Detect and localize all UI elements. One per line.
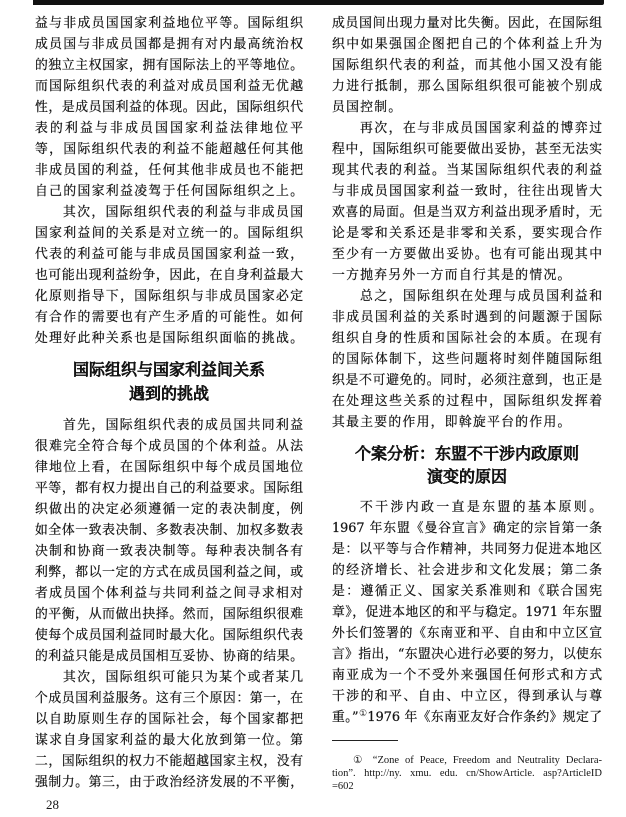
- text-line: 是：遵循正义、国家关系准则和《联合国宪: [332, 581, 602, 602]
- text-line: 重。”①1976 年《东南亚友好合作条约》规定了: [332, 707, 602, 728]
- footnote-text: “Zone of Peace, Freedom and Neutrality D…: [373, 755, 602, 766]
- text-line: 织做出的决定必须遵循一定的表决制度，例: [35, 499, 303, 520]
- text-line: 章》，促进本地区的和平与稳定。1971 年东盟: [332, 602, 602, 623]
- text-line: 言》指出，“东盟决心进行必要的努力，以使东: [332, 644, 602, 665]
- text-line: 律地位上看，在国际组织中每个成员国地位: [35, 457, 303, 478]
- text-line: 平等，都有权力提出自己的利益要求。国际组: [35, 478, 303, 499]
- section-heading: 国际组织与国家利益间关系 遇到的挑战: [35, 358, 303, 406]
- text-segment: 1976 年《东南亚友好合作条约》规定了: [367, 710, 602, 725]
- text-line: 如全体一致表决制、多数表决制、加权多数表: [35, 520, 303, 541]
- text-line: 谋求自身国家利益的最大化放到第一位。第: [35, 730, 303, 751]
- text-line: 的国际体制下，这些问题将时刻伴随国际组: [332, 349, 602, 370]
- text-line: 员国控制。: [332, 97, 602, 118]
- paragraph: 总之，国际组织在处理与成员国利益和 非成员国利益的关系时遇到的问题源于国际 组织…: [332, 286, 602, 433]
- text-line: 织中如果强国企图把自己的个体利益上升为: [332, 34, 602, 55]
- text-line: 国家利益间的关系是对立统一的。国际组织: [35, 223, 303, 244]
- text-line: 强制力。第三，由于政治经济发展的不平衡，: [35, 772, 303, 793]
- section-heading-line: 演变的原因: [332, 465, 602, 488]
- section-heading-line: 个案分析：东盟不干涉内政原则: [332, 442, 602, 465]
- text-line: 成员国间出现力量对比失衡。因此，在国际组: [332, 13, 602, 34]
- text-line: 外长们签署的《东南亚和平、自由和中立区宣: [332, 623, 602, 644]
- text-line: 成员国与非成员国都是拥有对内最高统治权: [35, 34, 303, 55]
- text-line: 组织自身的性质和国际社会的本质。在现有: [332, 328, 602, 349]
- left-text-before-heading: 益与非成员国国家利益地位平等。国际组织 成员国与非成员国都是拥有对内最高统治权 …: [35, 13, 303, 349]
- text-line: 代表的利益可能与非成员国国家利益一致，: [35, 244, 303, 265]
- paragraph: 不干涉内政一直是东盟的基本原则。 1967 年东盟《曼谷宣言》确定的宗旨第一条 …: [332, 497, 602, 728]
- header-rule: [33, 0, 604, 5]
- text-line: 首先，国际组织代表的成员国共同利益: [35, 415, 303, 436]
- text-line: 南亚成为一个不受外来强国任何形式和方式: [332, 665, 602, 686]
- text-line: 处理好此种关系也是国际组织面临的挑战。: [35, 328, 303, 349]
- text-line: 的经济增长、社会进步和文化发展；第二条: [332, 560, 602, 581]
- text-line: 决制和协商一致表决制等。每种表决制各有: [35, 541, 303, 562]
- text-line: 其次，国际组织可能只为某个或者某几: [35, 667, 303, 688]
- text-line: 国际组织代表的利益，而其他小国又没有能: [332, 55, 602, 76]
- left-text-after-heading: 首先，国际组织代表的成员国共同利益 很难完全符合每个成员国的个体利益。从法 律地…: [35, 415, 303, 793]
- right-text-before-heading: 成员国间出现力量对比失衡。因此，在国际组 织中如果强国企图把自己的个体利益上升为…: [332, 13, 602, 433]
- text-line: 1967 年东盟《曼谷宣言》确定的宗旨第一条: [332, 518, 602, 539]
- text-line: 非成员国的利益，任何其他非成员也不能把: [35, 160, 303, 181]
- section-heading: 个案分析：东盟不干涉内政原则 演变的原因: [332, 442, 602, 488]
- text-line: 表的利益与非成员国国家利益法律地位平: [35, 118, 303, 139]
- page-number: 28: [46, 797, 59, 813]
- text-line: 至少有一方要做出妥协。也有可能出现其中: [332, 244, 602, 265]
- footnote-rule: [332, 740, 398, 741]
- text-line: 是：以平等与合作精神，共同努力促进本地区: [332, 539, 602, 560]
- text-line: 性，是成员国利益的体现。因此，国际组织代: [35, 97, 303, 118]
- text-line: 的独立主权国家，拥有国际法上的平等地位。: [35, 55, 303, 76]
- text-line: 的平衡，从而做出抉择。然而，国际组织很难: [35, 604, 303, 625]
- text-line: 很难完全符合每个成员国的个体利益。从法: [35, 436, 303, 457]
- text-line: 一方抛弃另外一方而自行其是的情况。: [332, 265, 602, 286]
- footnote-marker: ①: [353, 755, 366, 766]
- text-line: 化原则指导下，国际组织与非成员国家必定: [35, 286, 303, 307]
- right-text-after-heading: 不干涉内政一直是东盟的基本原则。 1967 年东盟《曼谷宣言》确定的宗旨第一条 …: [332, 497, 602, 728]
- text-line: 其次，国际组织代表的利益与非成员国: [35, 202, 303, 223]
- text-line: 者成员国个体利益与共同利益之间寻求相对: [35, 583, 303, 604]
- text-line: 力进行抵制，那么国际组织很可能被个别成: [332, 76, 602, 97]
- text-line: 个成员国利益服务。这有三个原因：第一，在: [35, 688, 303, 709]
- footnote-line: tion”. http://ny. xmu. edu. cn/ShowArtic…: [332, 767, 602, 780]
- text-line: 使每个成员国利益同时最大化。国际组织代表: [35, 625, 303, 646]
- text-line: 干涉的和平、自由、中立区，得到承认与尊: [332, 686, 602, 707]
- text-line: 现其代表的利益。当某国际组织代表的利益: [332, 160, 602, 181]
- text-line: 再次，在与非成员国国家利益的博弈过: [332, 118, 602, 139]
- paragraph: 再次，在与非成员国国家利益的博弈过 程中，国际组织可能要做出妥协，甚至无法实 现…: [332, 118, 602, 286]
- text-line: 的利益只能是成员国相互妥协、协商的结果。: [35, 646, 303, 667]
- paragraph: 益与非成员国国家利益地位平等。国际组织 成员国与非成员国都是拥有对内最高统治权 …: [35, 13, 303, 202]
- paragraph: 其次，国际组织代表的利益与非成员国 国家利益间的关系是对立统一的。国际组织 代表…: [35, 202, 303, 349]
- text-line: 与非成员国国家利益一致时，往往出现皆大: [332, 181, 602, 202]
- section-heading-line: 国际组织与国家利益间关系: [35, 358, 303, 382]
- text-line: 其最主要的作用，即斡旋平台的作用。: [332, 412, 602, 433]
- paragraph: 成员国间出现力量对比失衡。因此，在国际组 织中如果强国企图把自己的个体利益上升为…: [332, 13, 602, 118]
- text-line: 非成员国利益的关系时遇到的问题源于国际: [332, 307, 602, 328]
- footnote: ①“Zone of Peace, Freedom and Neutrality …: [332, 754, 602, 793]
- text-line: 等，国际组织代表的利益不能超越任何其他: [35, 139, 303, 160]
- document-page: 益与非成员国国家利益地位平等。国际组织 成员国与非成员国都是拥有对内最高统治权 …: [0, 0, 626, 817]
- paragraph: 其次，国际组织可能只为某个或者某几 个成员国利益服务。这有三个原因：第一，在 以…: [35, 667, 303, 793]
- text-line: 以自助原则生存的国际社会，每个国家都把: [35, 709, 303, 730]
- footnote-line: ①“Zone of Peace, Freedom and Neutrality …: [332, 754, 602, 767]
- text-line: 自己的国家利益凌驾于任何国际组织之上。: [35, 181, 303, 202]
- text-line: 程中，国际组织可能要做出妥协，甚至无法实: [332, 139, 602, 160]
- text-line: 织是不可避免的。同时，必须注意到，也正是: [332, 370, 602, 391]
- text-line: 而国际组织代表的利益对成员国利益无优越: [35, 76, 303, 97]
- footnote-line: =602: [332, 780, 602, 793]
- paragraph: 首先，国际组织代表的成员国共同利益 很难完全符合每个成员国的个体利益。从法 律地…: [35, 415, 303, 667]
- text-line: 在处理这些关系的过程中，国际组织发挥着: [332, 391, 602, 412]
- text-line: 总之，国际组织在处理与成员国利益和: [332, 286, 602, 307]
- text-line: 利弊，都以一定的方式在成员国利益之间，或: [35, 562, 303, 583]
- text-line: 也可能出现利益纷争，因此，在自身利益最大: [35, 265, 303, 286]
- section-heading-line: 遇到的挑战: [35, 382, 303, 406]
- text-segment: 重。”: [332, 710, 359, 725]
- text-line: 不干涉内政一直是东盟的基本原则。: [332, 497, 602, 518]
- text-line: 欢喜的局面。但是当双方利益出现矛盾时，无: [332, 202, 602, 223]
- text-line: 益与非成员国国家利益地位平等。国际组织: [35, 13, 303, 34]
- text-line: 二，国际组织的权力不能超越国家主权，没有: [35, 751, 303, 772]
- text-line: 有合作的需要也有产生矛盾的可能性。如何: [35, 307, 303, 328]
- text-line: 论是零和关系还是非零和关系，要实现合作: [332, 223, 602, 244]
